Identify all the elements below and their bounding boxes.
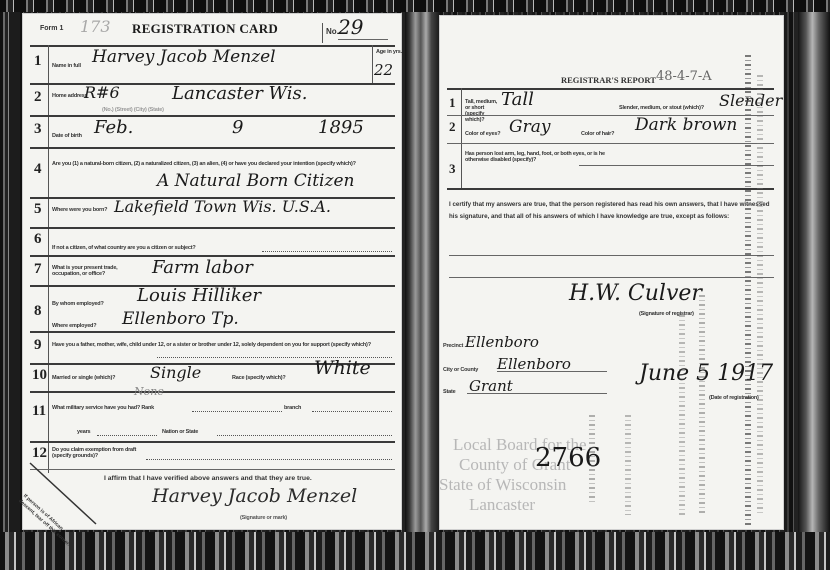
years-label: years — [77, 429, 90, 435]
blank-line — [449, 255, 774, 256]
marital-status-label: Married or single (which)? — [52, 375, 115, 381]
occupation-value: Farm labor — [152, 257, 253, 278]
number-column-divider — [48, 45, 49, 473]
row-number: 4 — [34, 161, 42, 178]
military-service-label: What military service have you had? Rank — [52, 405, 154, 411]
blank-line — [467, 393, 607, 394]
card-number: 29 — [338, 15, 363, 39]
film-gutter — [405, 0, 440, 570]
blank-line — [146, 459, 392, 460]
date-caption: (Date of registration) — [709, 395, 759, 401]
divider — [30, 227, 395, 229]
disability-label: Has person lost arm, leg, hand, foot, or… — [465, 151, 605, 163]
row-number: 6 — [34, 231, 42, 248]
birthplace-value: Lakefield Town Wis. U.S.A. — [114, 197, 331, 216]
film-edge-right — [798, 0, 830, 570]
registrars-report-back: REGISTRAR'S REPORT 48-4-7-A 1 Tall, medi… — [439, 15, 784, 530]
blank-line — [192, 411, 282, 412]
exemption-label: Do you claim exemption from draft (speci… — [52, 447, 142, 459]
registrant-signature: Harvey Jacob Menzel — [152, 485, 357, 507]
divider — [447, 143, 774, 144]
certification-text: I certify that my answers are true, that… — [449, 199, 774, 223]
blank-line — [97, 435, 157, 436]
registration-card-front: Form 1 173 REGISTRATION CARD No. 29 1 Na… — [22, 13, 402, 530]
row-number: 3 — [449, 161, 456, 177]
registration-date: June 5 1917 — [639, 361, 773, 386]
report-title: REGISTRAR'S REPORT — [561, 75, 656, 85]
blank-line — [312, 411, 392, 412]
military-annotation: None — [134, 385, 164, 398]
row-number: 9 — [34, 337, 42, 354]
name-label: Name in full — [52, 63, 81, 69]
signature-caption: (Signature or mark) — [240, 515, 287, 521]
employer-label: By whom employed? — [52, 301, 104, 307]
scan-noise — [679, 315, 685, 515]
city-county-label: City or County — [443, 367, 478, 373]
birthplace-label: Where were you born? — [52, 207, 107, 213]
divider — [447, 88, 774, 90]
row-number: 7 — [34, 261, 42, 278]
eye-color-value: Gray — [509, 117, 550, 137]
occupation-label: What is your present trade, occupation, … — [52, 265, 147, 277]
height-value: Tall — [501, 89, 534, 110]
blank-line — [217, 435, 392, 436]
eye-color-label: Color of eyes? — [465, 131, 500, 137]
row-number: 10 — [32, 367, 47, 384]
precinct-label: Precinct — [443, 343, 463, 349]
film-strip-top — [0, 0, 830, 12]
row-number: 2 — [449, 119, 456, 135]
registrar-caption: (Signature of registrar) — [639, 311, 694, 317]
address-caption: (No.) (Street) (City) (State) — [102, 107, 164, 113]
dependents-label: Have you a father, mother, wife, child u… — [52, 323, 392, 357]
divider — [447, 188, 774, 190]
row-number: 5 — [34, 201, 42, 218]
state-label: State — [443, 389, 455, 395]
scan-noise — [589, 415, 595, 505]
divider — [30, 147, 395, 149]
row-number: 8 — [34, 303, 42, 320]
divider — [30, 441, 395, 443]
blank-line — [497, 371, 607, 372]
height-label: Tall, medium, or short (specify which)? — [465, 99, 499, 123]
blank-line — [262, 251, 392, 252]
citizenship-value: A Natural Born Citizen — [157, 171, 354, 191]
serial-number: 173 — [80, 17, 111, 36]
form-label: Form 1 — [40, 25, 63, 32]
film-strip-bottom — [0, 532, 830, 570]
name-value: Harvey Jacob Menzel — [92, 47, 276, 67]
row-number: 2 — [34, 89, 42, 106]
divider — [30, 391, 395, 393]
report-code: 48-4-7-A — [656, 69, 712, 84]
precinct-value: Ellenboro — [465, 333, 539, 351]
home-address-label: Home address — [52, 93, 88, 99]
film-edge-left — [0, 0, 20, 570]
card-title: REGISTRATION CARD — [132, 21, 278, 37]
dob-label: Date of birth — [52, 133, 82, 139]
row-number: 3 — [34, 121, 42, 138]
branch-label: branch — [284, 405, 301, 411]
dob-year: 1895 — [318, 117, 364, 138]
home-address-city: Lancaster Wis. — [172, 83, 307, 104]
row-number: 1 — [34, 53, 42, 70]
hair-color-value: Dark brown — [635, 115, 737, 135]
race-value: White — [314, 357, 371, 379]
affirmation-text: I affirm that I have verified above answ… — [104, 475, 312, 482]
number-label: No. — [326, 27, 339, 36]
age-label: Age in yrs. — [376, 49, 402, 55]
foreign-citizenship-label: If not a citizen, of what country are yo… — [52, 245, 196, 251]
hair-color-label: Color of hair? — [581, 131, 614, 137]
race-label: Race (specify which)? — [232, 375, 286, 381]
nation-label: Nation or State — [162, 429, 198, 435]
divider — [322, 23, 323, 43]
dob-day: 9 — [232, 117, 243, 138]
row-number: 12 — [32, 445, 47, 462]
build-label: Slender, medium, or stout (which)? — [619, 105, 704, 111]
scan-noise — [745, 55, 751, 525]
scan-noise — [699, 295, 705, 515]
home-address-number: R#6 — [84, 83, 120, 102]
dob-month: Feb. — [94, 117, 133, 138]
stamp-line-4: Lancaster — [469, 495, 535, 515]
row-number: 1 — [449, 95, 456, 111]
registrar-signature: H.W. Culver — [569, 281, 702, 306]
age-value: 22 — [374, 61, 393, 79]
stamp-line-3: State of Wisconsin — [439, 475, 566, 495]
age-column-divider — [372, 45, 373, 85]
blank-line — [449, 277, 774, 278]
scan-noise — [757, 75, 763, 515]
number-column-divider — [461, 88, 462, 188]
row-number: 11 — [32, 403, 46, 420]
divider — [338, 39, 388, 40]
marital-status-value: Single — [150, 363, 201, 382]
scan-noise — [625, 415, 631, 515]
employer-value: Louis Hilliker — [137, 285, 261, 306]
